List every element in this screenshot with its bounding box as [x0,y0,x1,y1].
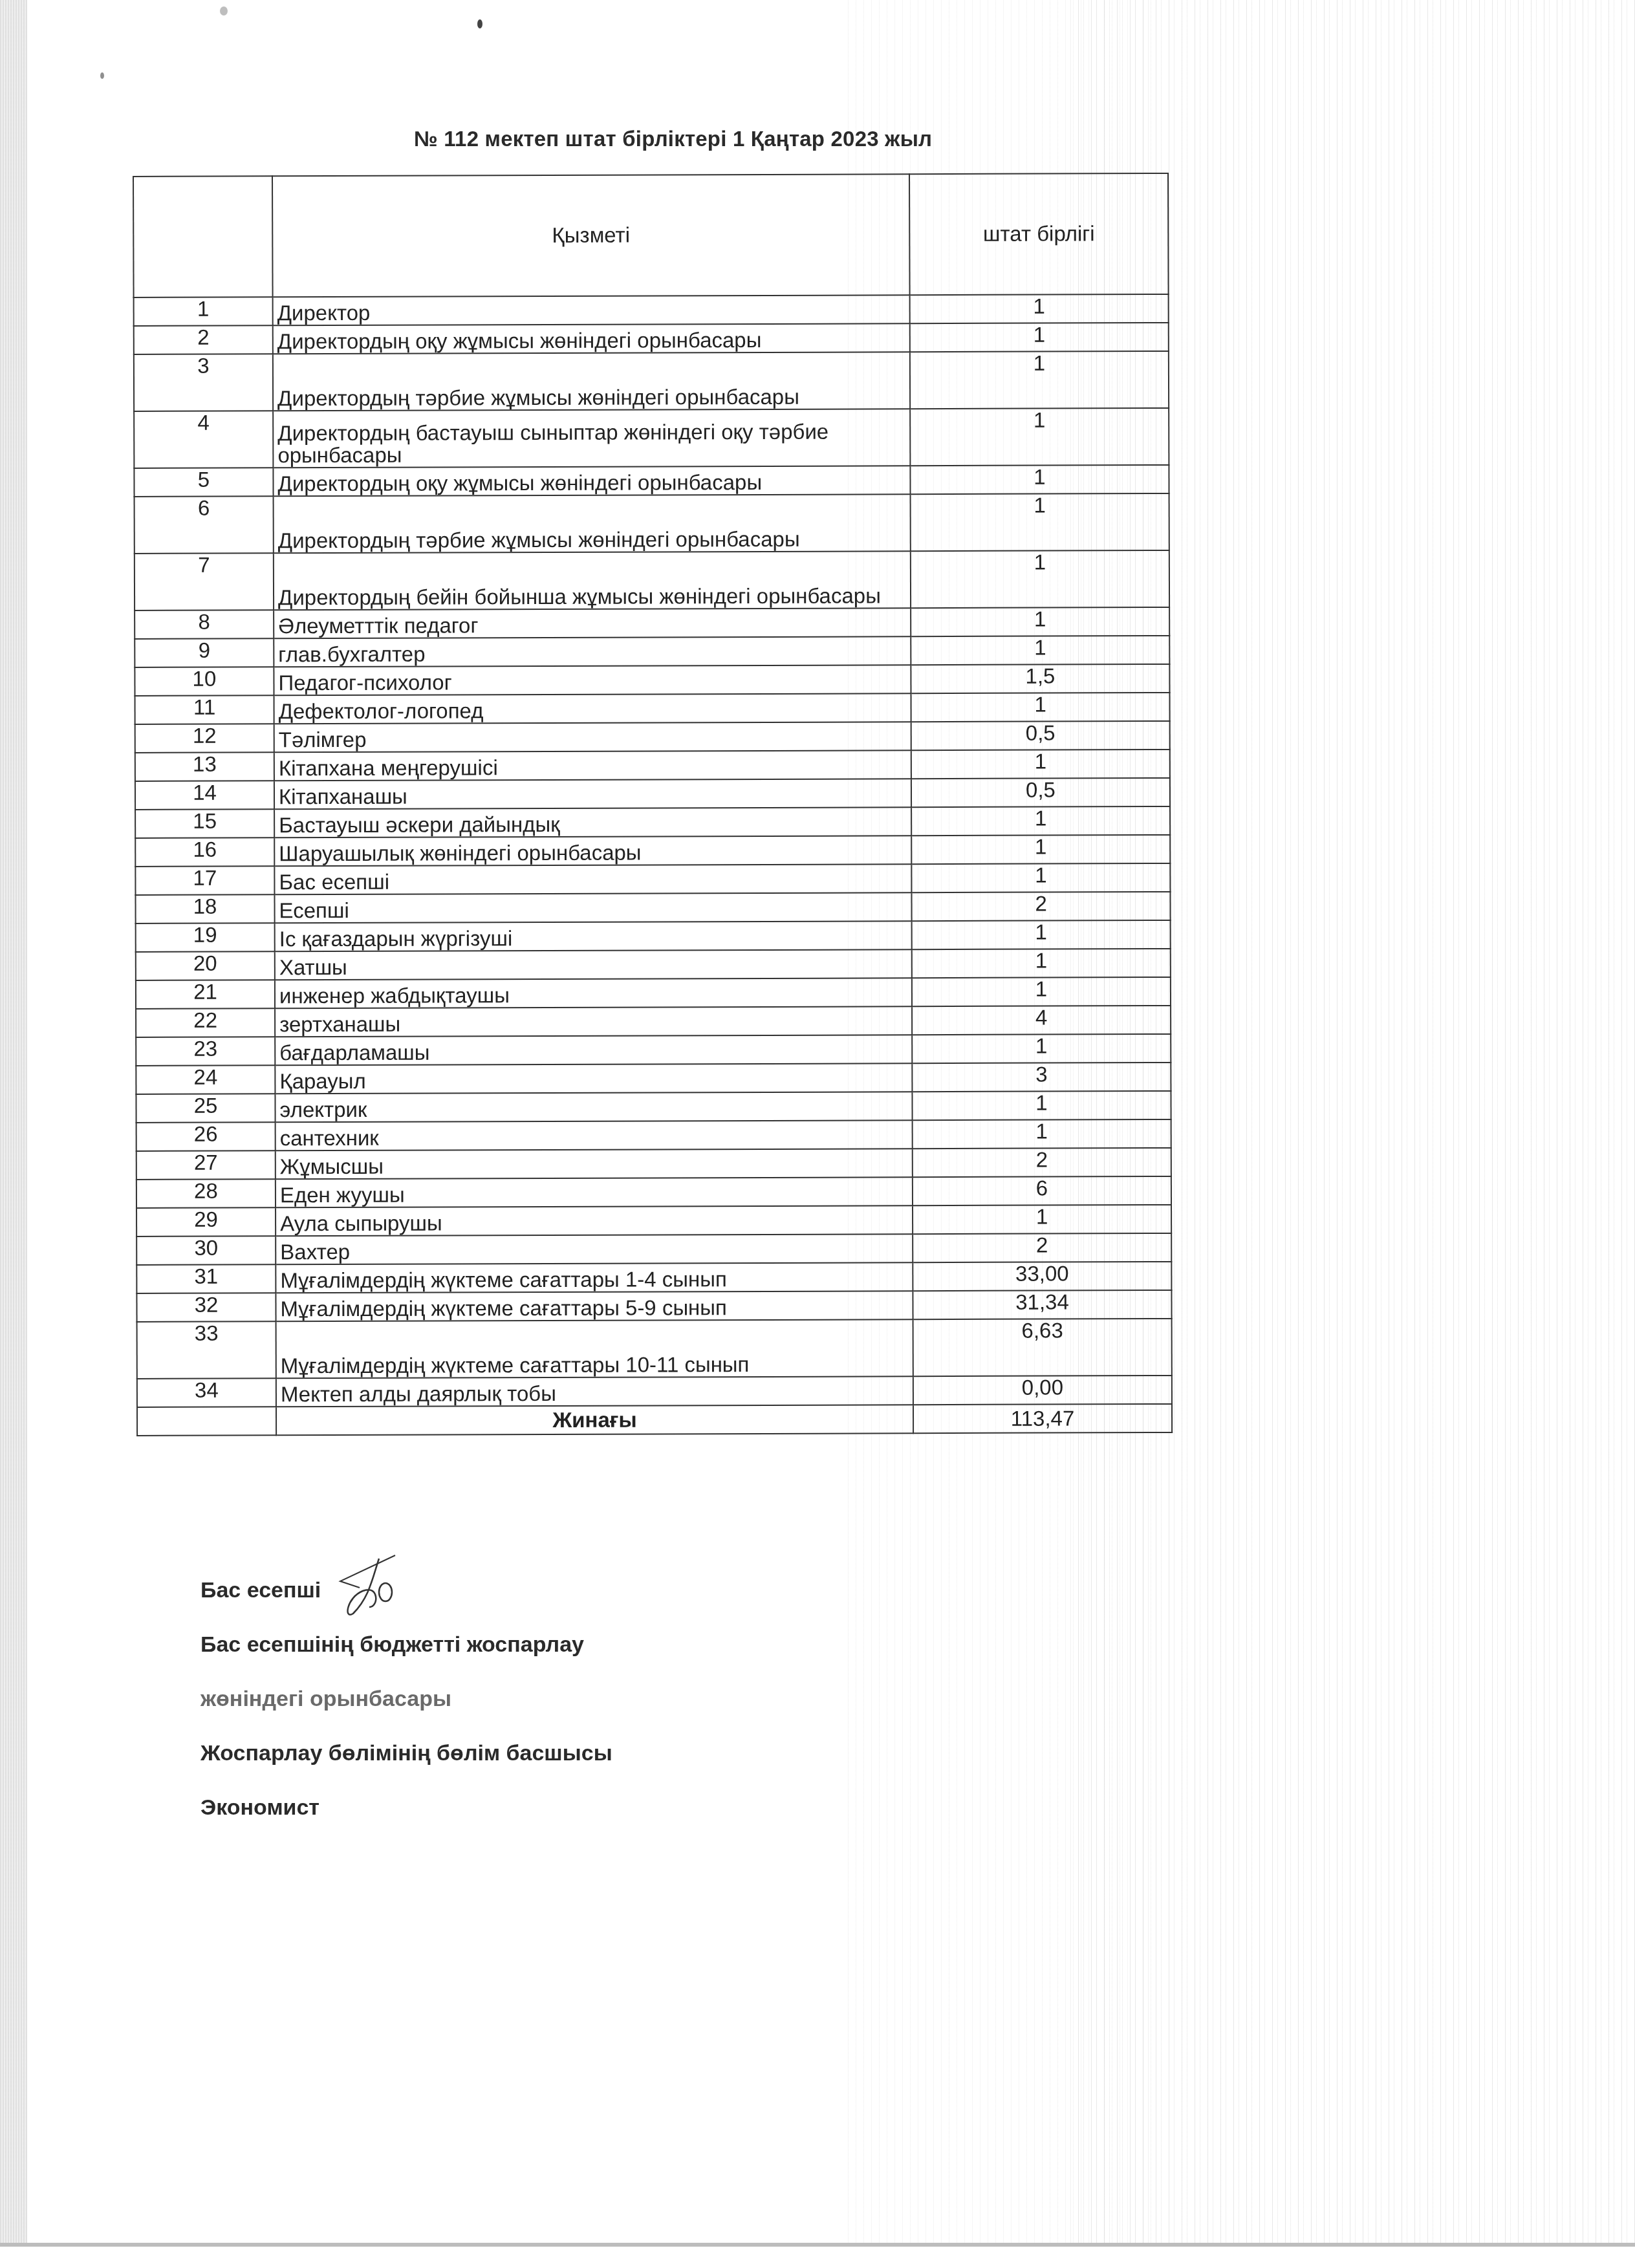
row-number: 23 [136,1037,275,1066]
table-row: 20Хатшы1 [136,949,1171,980]
table-row: 9глав.бухгалтер1 [135,636,1169,667]
row-position: Хатшы [275,949,912,980]
row-position: Мұғалімдердің жүктеме сағаттары 5-9 сыны… [276,1291,913,1321]
row-position: Әлеуметттік педагог [274,608,911,638]
row-units: 1 [912,1091,1171,1120]
table-row: 17Бас есепші1 [135,863,1170,895]
row-number: 33 [137,1321,276,1379]
row-number: 13 [135,752,274,781]
row-number: 19 [136,923,275,952]
row-units: 3 [912,1063,1171,1092]
row-position: Директор [273,295,910,325]
row-position: Жұмысшы [276,1149,913,1179]
table-row: 7Директордың бейін бойынша жұмысы жөнінд… [135,550,1169,610]
signature-line-economist: Экономист [200,1795,612,1850]
total-row: Жинағы 113,47 [137,1404,1172,1436]
table-row: 27Жұмысшы2 [136,1148,1171,1180]
row-number: 6 [135,496,274,554]
row-number: 25 [136,1094,275,1123]
row-position: Мектеп алды даярлық тобы [276,1376,913,1407]
row-position: бағдарламашы [275,1035,912,1065]
total-empty [137,1407,276,1436]
row-number: 5 [134,468,273,497]
row-position: Мұғалімдердің жүктеме сағаттары 10-11 сы… [276,1319,913,1378]
row-position: Директордың оқу жұмысы жөніндегі орынбас… [273,323,910,354]
row-number: 12 [135,724,274,753]
row-units: 31,34 [913,1290,1171,1319]
header-number [133,176,273,297]
row-position: зертханашы [275,1006,912,1037]
row-units: 1 [911,750,1170,779]
table-row: 22зертханашы4 [136,1006,1171,1037]
row-position: Вахтер [276,1234,913,1264]
table-row: 34Мектеп алды даярлық тобы0,00 [137,1376,1172,1407]
table-header-row: Қызметі штат бірлігі [133,173,1169,297]
row-position: Дефектолог-логопед [274,693,911,724]
row-number: 20 [136,951,275,980]
row-number: 22 [136,1008,275,1037]
row-units: 1 [912,977,1171,1006]
scan-speck [477,19,482,28]
row-number: 24 [136,1065,275,1094]
row-number: 10 [135,667,274,696]
table-row: 30Вахтер2 [136,1233,1171,1265]
row-position: Педагог-психолог [274,665,911,695]
row-number: 28 [136,1179,276,1208]
row-position: сантехник [276,1120,913,1150]
table-row: 29Аула сыпырушы1 [136,1205,1171,1237]
table-row: 12Тәлімгер0,5 [135,721,1170,753]
table-row: 16Шаруашылық жөніндегі орынбасары1 [135,835,1170,867]
row-number: 2 [134,325,273,354]
row-units: 6 [913,1176,1171,1205]
row-number: 8 [135,610,274,639]
row-number: 21 [136,980,275,1009]
row-units: 1 [911,550,1169,608]
row-number: 14 [135,781,274,810]
table-row: 10Педагог-психолог1,5 [135,664,1169,696]
table-row: 13Кітапхана меңгерушісі1 [135,750,1170,781]
row-units: 1 [910,323,1169,352]
total-value: 113,47 [913,1404,1172,1433]
row-units: 1,5 [911,664,1169,693]
row-number: 31 [136,1264,276,1293]
row-position: Бас есепші [274,864,911,894]
row-units: 1 [911,806,1170,836]
row-number: 11 [135,695,274,724]
row-number: 9 [135,638,274,667]
total-label: Жинағы [276,1405,913,1435]
row-number: 1 [134,297,273,326]
table-row: 26сантехник1 [136,1119,1171,1151]
row-units: 1 [910,408,1169,466]
row-position: электрик [275,1092,912,1122]
row-position: Шаруашылық жөніндегі орынбасары [274,836,911,866]
row-number: 3 [134,354,273,411]
row-position: Директордың бастауыш сыныптар жөніндегі … [273,409,910,468]
row-units: 1 [911,693,1170,722]
table-row: 24Қарауыл3 [136,1063,1171,1094]
row-position: Қарауыл [275,1063,912,1094]
row-number: 17 [135,866,274,895]
table-row: 25электрик1 [136,1091,1171,1123]
row-units: 1 [913,1119,1171,1149]
table-row: 1Директор1 [134,294,1169,326]
scan-speck [100,72,104,79]
scan-edge [0,0,27,2244]
row-units: 1 [912,949,1171,978]
table-row: 14Кітапханашы0,5 [135,778,1170,810]
row-units: 1 [910,294,1169,323]
row-units: 2 [913,1148,1171,1177]
row-units: 0,5 [911,721,1170,750]
table-row: 4Директордың бастауыш сыныптар жөніндегі… [134,408,1169,468]
row-units: 33,00 [913,1262,1171,1291]
row-position: Директордың оқу жұмысы жөніндегі орынбас… [273,466,910,496]
table-row: 19Іс қағаздарын жүргізуші1 [136,920,1171,952]
row-number: 32 [136,1293,276,1322]
signature-line-deputy-cont: жөніндегі орынбасары [200,1687,612,1741]
row-units: 1 [910,465,1169,494]
signature-block: Бас есепші Бас есепшінің бюджетті жоспар… [200,1578,612,1850]
row-number: 26 [136,1122,276,1151]
row-position: Кітапханашы [274,779,911,809]
header-units: штат бірлігі [909,173,1169,295]
row-position: Мұғалімдердің жүктеме сағаттары 1-4 сыны… [276,1262,913,1293]
table-row: 31Мұғалімдердің жүктеме сағаттары 1-4 сы… [136,1262,1171,1293]
row-units: 0,5 [911,778,1170,807]
row-position: инженер жабдықтаушы [275,978,912,1008]
row-units: 2 [911,892,1170,921]
row-number: 16 [135,837,274,867]
row-units: 1 [911,863,1170,892]
row-position: Директордың тәрбие жұмысы жөніндегі орын… [273,352,910,411]
table-row: 3Директордың тәрбие жұмысы жөніндегі оры… [134,351,1169,411]
row-position: Директордың тәрбие жұмысы жөніндегі орын… [274,494,911,553]
row-number: 29 [136,1207,276,1237]
scan-edge [0,2243,1635,2247]
row-units: 0,00 [913,1376,1172,1405]
row-number: 30 [136,1236,276,1265]
row-units: 1 [913,1205,1171,1234]
table-row: 6Директордың тәрбие жұмысы жөніндегі оры… [135,493,1169,554]
table-row: 5Директордың оқу жұмысы жөніндегі орынба… [134,465,1169,497]
row-position: Еден жуушы [276,1177,913,1207]
row-units: 1 [911,607,1169,636]
table-row: 32Мұғалімдердің жүктеме сағаттары 5-9 сы… [136,1290,1171,1322]
staff-table: Қызметі штат бірлігі 1Директор12Директор… [133,173,1173,1436]
table-row: 23бағдарламашы1 [136,1034,1171,1066]
row-number: 34 [137,1378,276,1407]
row-position: Кітапхана меңгерушісі [274,750,911,781]
table-row: 8Әлеуметттік педагог1 [135,607,1169,639]
row-units: 6,63 [913,1319,1172,1376]
row-position: Бастауыш әскери дайындық [274,807,911,837]
table-row: 33Мұғалімдердің жүктеме сағаттары 10-11 … [137,1319,1172,1379]
signature-line-chief-accountant: Бас есепші [200,1578,612,1632]
table-row: 15Бастауыш әскери дайындық1 [135,806,1170,838]
row-units: 4 [912,1006,1171,1035]
scan-speck [220,6,228,16]
document-title: № 112 мектеп штат бірліктері 1 Қаңтар 20… [414,127,932,151]
signature-line-deputy: Бас есепшінің бюджетті жоспарлау [200,1632,612,1687]
row-units: 1 [912,1034,1171,1063]
row-position: Іс қағаздарын жүргізуші [275,921,912,951]
row-number: 15 [135,809,274,838]
signature-line-planning-head: Жоспарлау бөлімінің бөлім басшысы [200,1741,612,1795]
row-units: 1 [911,493,1169,551]
row-units: 1 [910,351,1169,409]
row-number: 7 [135,553,274,610]
row-position: Есепші [274,892,911,923]
row-number: 4 [134,411,273,468]
row-number: 27 [136,1150,276,1180]
signature-mark-icon [334,1552,405,1623]
row-position: глав.бухгалтер [274,636,911,667]
row-units: 1 [911,636,1169,665]
row-position: Тәлімгер [274,722,911,752]
row-position: Аула сыпырушы [276,1205,913,1236]
row-position: Директордың бейін бойынша жұмысы жөнінде… [274,551,911,610]
row-units: 2 [913,1233,1171,1262]
table-row: 2Директордың оқу жұмысы жөніндегі орынба… [134,323,1169,354]
row-number: 18 [135,894,274,923]
table-row: 28Еден жуушы6 [136,1176,1171,1208]
table-row: 11Дефектолог-логопед1 [135,693,1170,724]
table-row: 21инженер жабдықтаушы1 [136,977,1171,1009]
row-units: 1 [911,835,1170,864]
header-position: Қызметі [272,174,910,297]
table-row: 18Есепші2 [135,892,1170,923]
row-units: 1 [912,920,1171,949]
